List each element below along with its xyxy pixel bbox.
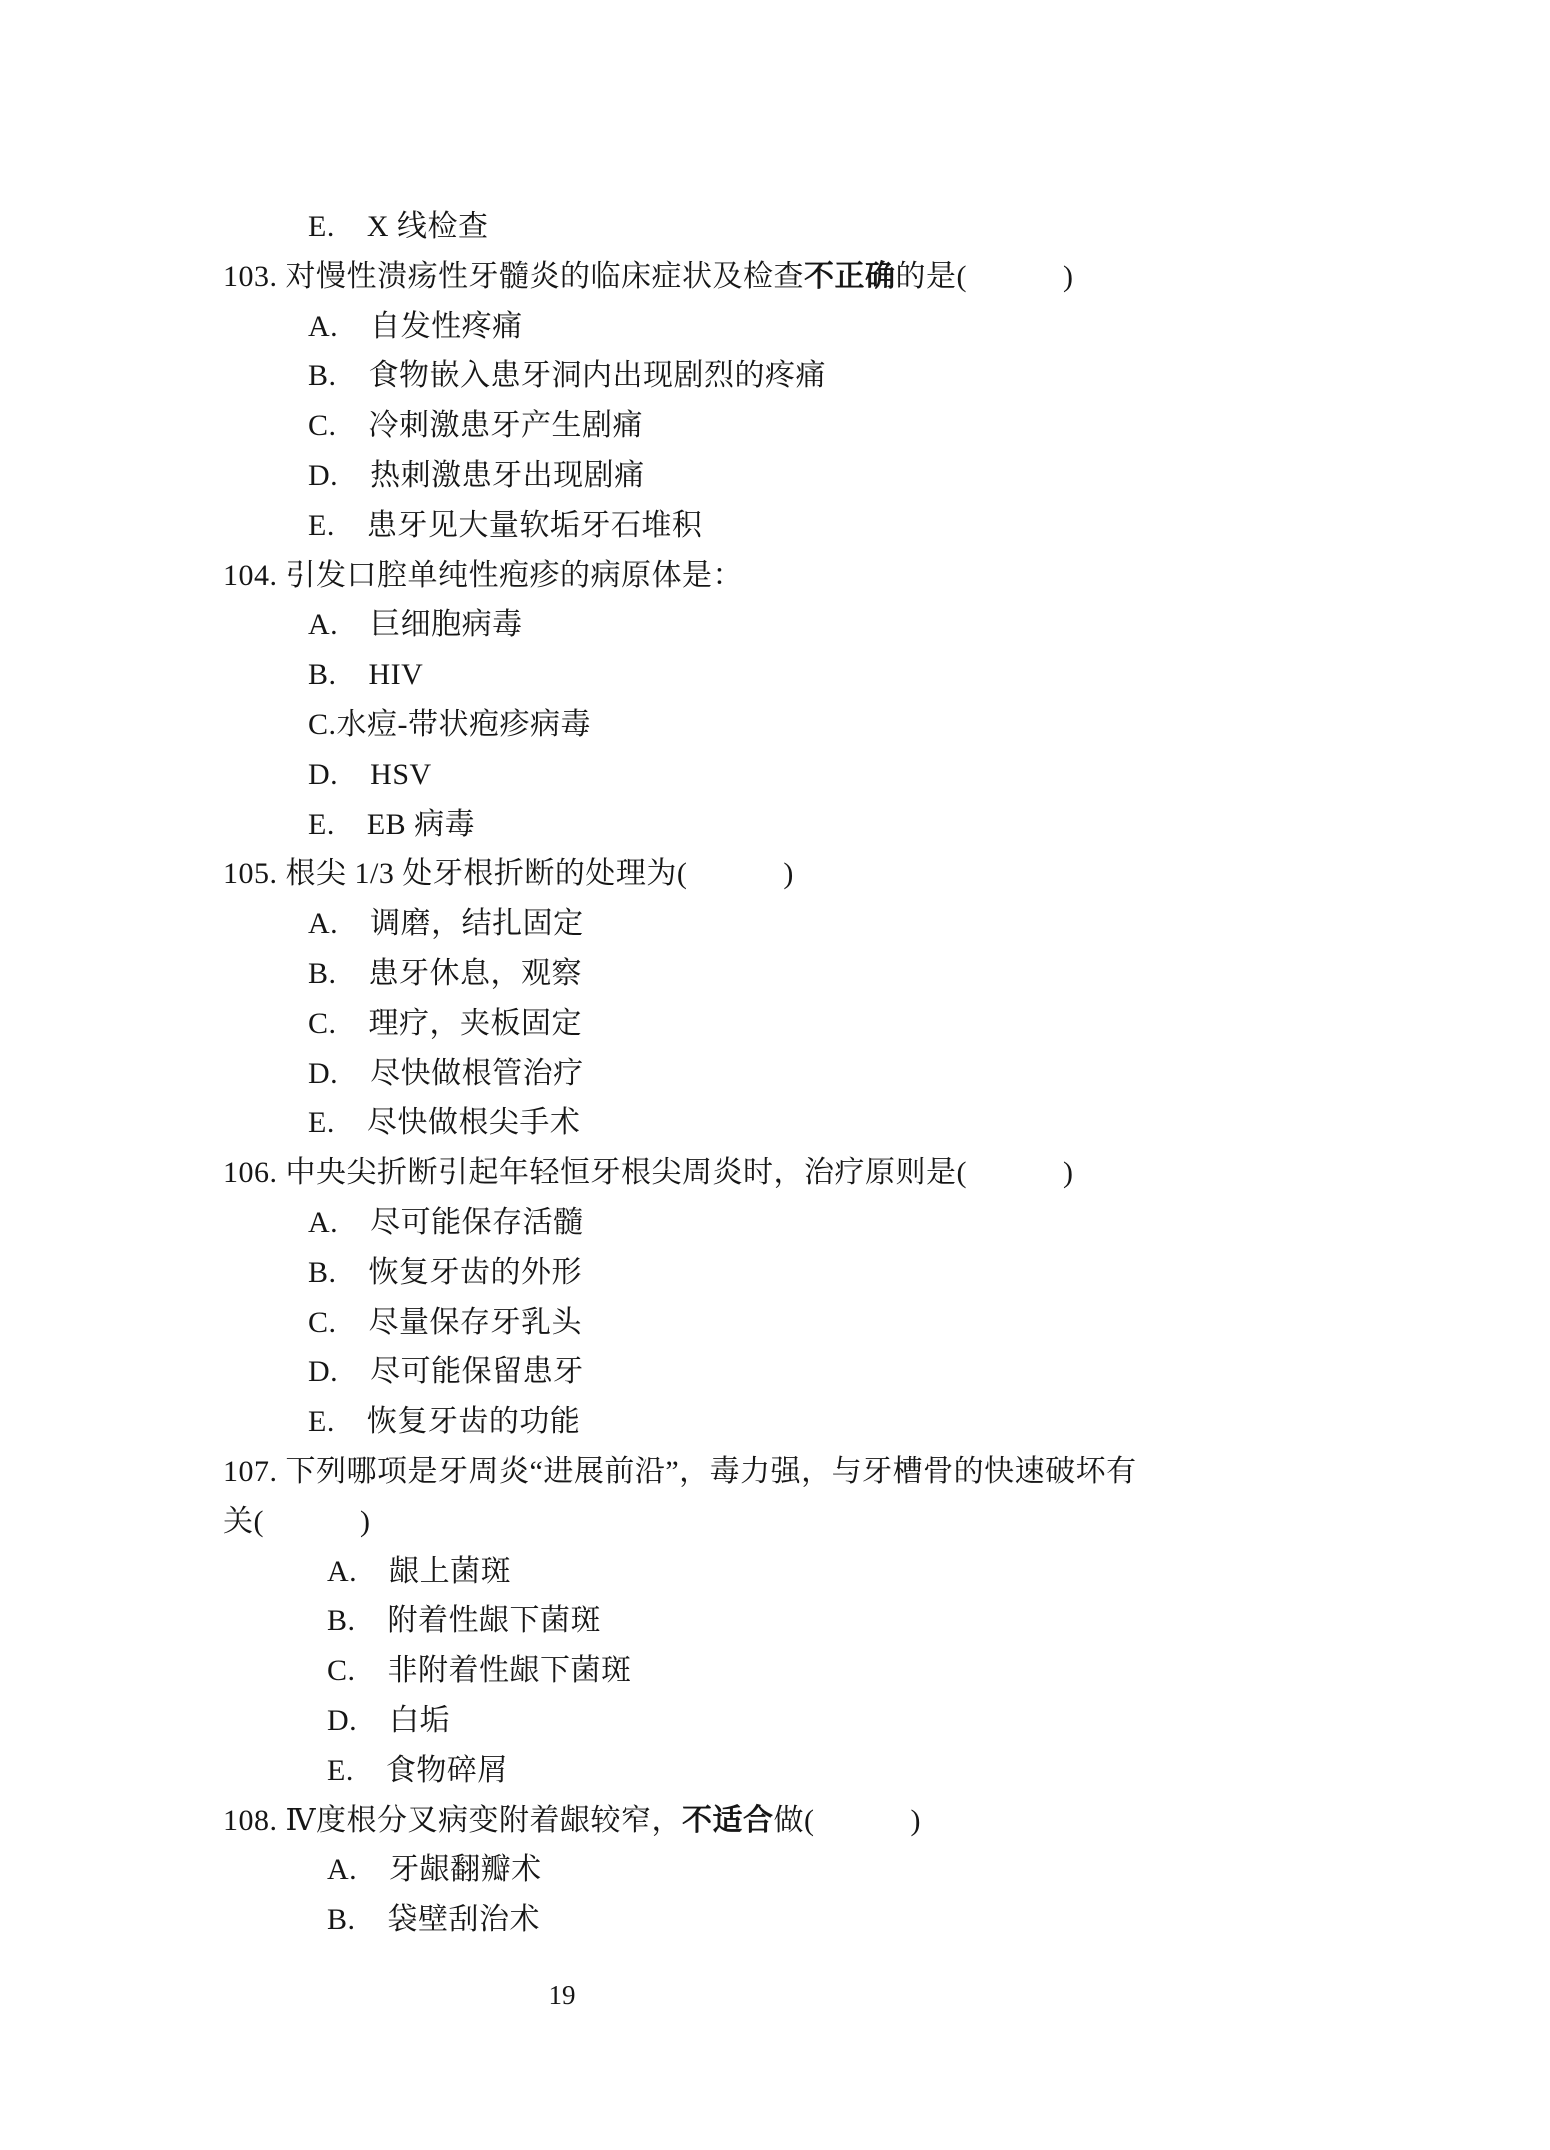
option-line: C. 非附着性龈下菌斑: [223, 1646, 1453, 1696]
text-segment: A. 尽可能保存活髓: [308, 1206, 584, 1239]
option-line: B. 附着性龈下菌斑: [223, 1596, 1453, 1646]
text-segment: E. EB 病毒: [308, 808, 475, 841]
question-list: E. X 线检查103. 对慢性溃疡性牙髓炎的临床症状及检查不正确的是( )A.…: [223, 202, 1453, 1945]
text-segment: D. 尽可能保留患牙: [308, 1355, 584, 1388]
text-segment: A. 龈上菌斑: [327, 1555, 511, 1588]
text-segment: 104. 引发口腔单纯性疱疹的病原体是：: [223, 559, 743, 592]
text-segment: 108. Ⅳ度根分叉病变附着龈较窄，: [223, 1804, 682, 1837]
text-segment: 105. 根尖 1/3 处牙根折断的处理为( ): [223, 857, 794, 890]
text-segment: D. 白垢: [327, 1704, 450, 1737]
text-segment: 关( ): [223, 1505, 370, 1538]
option-line: A. 尽可能保存活髓: [223, 1198, 1453, 1248]
option-line: B. HIV: [223, 650, 1453, 700]
text-segment: 107. 下列哪项是牙周炎“进展前沿”，毒力强，与牙槽骨的快速破坏有: [223, 1455, 1137, 1488]
text-segment: D. HSV: [308, 758, 432, 791]
text-segment: E. 恢复牙齿的功能: [308, 1405, 580, 1438]
option-line: A. 巨细胞病毒: [223, 600, 1453, 650]
option-line: D. 尽可能保留患牙: [223, 1347, 1453, 1397]
option-line: E. X 线检查: [223, 202, 1453, 252]
text-segment: A. 调磨，结扎固定: [308, 907, 584, 940]
option-line: D. 热刺激患牙出现剧痛: [223, 451, 1453, 501]
text-segment: B. HIV: [308, 658, 423, 691]
text-segment: C. 非附着性龈下菌斑: [327, 1654, 632, 1687]
option-line: C. 理疗，夹板固定: [223, 999, 1453, 1049]
option-line: E. 尽快做根尖手术: [223, 1098, 1453, 1148]
text-segment: 做( ): [773, 1804, 920, 1837]
emphasized-text: 不适合: [682, 1804, 774, 1837]
option-line: E. 食物碎屑: [223, 1746, 1453, 1796]
option-line: E. EB 病毒: [223, 800, 1453, 850]
option-line: C. 尽量保存牙乳头: [223, 1298, 1453, 1348]
option-line: C.水痘-带状疱疹病毒: [223, 700, 1453, 750]
option-line: B. 患牙休息，观察: [223, 949, 1453, 999]
option-line: B. 食物嵌入患牙洞内出现剧烈的疼痛: [223, 351, 1453, 401]
text-segment: E. 尽快做根尖手术: [308, 1106, 580, 1139]
continuation-line: 关( ): [223, 1497, 1453, 1547]
text-segment: C. 冷刺激患牙产生剧痛: [308, 409, 643, 442]
text-segment: E. X 线检查: [308, 210, 489, 243]
option-line: D. 尽快做根管治疗: [223, 1049, 1453, 1099]
option-line: C. 冷刺激患牙产生剧痛: [223, 401, 1453, 451]
option-line: A. 自发性疼痛: [223, 302, 1453, 352]
option-line: A. 龈上菌斑: [223, 1547, 1453, 1597]
text-segment: 106. 中央尖折断引起年轻恒牙根尖周炎时，治疗原则是( ): [223, 1156, 1073, 1189]
option-line: A. 牙龈翻瓣术: [223, 1845, 1453, 1895]
text-segment: E. 患牙见大量软垢牙石堆积: [308, 509, 702, 542]
text-segment: E. 食物碎屑: [327, 1754, 508, 1787]
text-segment: B. 患牙休息，观察: [308, 957, 582, 990]
option-line: E. 患牙见大量软垢牙石堆积: [223, 501, 1453, 551]
document-page: E. X 线检查103. 对慢性溃疡性牙髓炎的临床症状及检查不正确的是( )A.…: [0, 0, 1550, 2150]
text-segment: 103. 对慢性溃疡性牙髓炎的临床症状及检查: [223, 260, 804, 293]
text-segment: B. 附着性龈下菌斑: [327, 1604, 601, 1637]
emphasized-text: 不正确: [804, 260, 896, 293]
page-number: 19: [522, 1980, 602, 2011]
option-line: E. 恢复牙齿的功能: [223, 1397, 1453, 1447]
option-line: B. 恢复牙齿的外形: [223, 1248, 1453, 1298]
text-segment: 的是( ): [896, 260, 1074, 293]
text-segment: C.水痘-带状疱疹病毒: [308, 708, 591, 741]
option-line: D. 白垢: [223, 1696, 1453, 1746]
question-line: 107. 下列哪项是牙周炎“进展前沿”，毒力强，与牙槽骨的快速破坏有: [223, 1447, 1453, 1497]
text-segment: C. 尽量保存牙乳头: [308, 1306, 582, 1339]
text-segment: D. 尽快做根管治疗: [308, 1057, 584, 1090]
text-segment: B. 袋壁刮治术: [327, 1903, 540, 1936]
text-segment: A. 牙龈翻瓣术: [327, 1853, 542, 1886]
text-segment: C. 理疗，夹板固定: [308, 1007, 582, 1040]
option-line: D. HSV: [223, 750, 1453, 800]
text-segment: A. 巨细胞病毒: [308, 608, 523, 641]
text-segment: A. 自发性疼痛: [308, 310, 523, 343]
question-line: 108. Ⅳ度根分叉病变附着龈较窄，不适合做( ): [223, 1796, 1453, 1846]
question-line: 106. 中央尖折断引起年轻恒牙根尖周炎时，治疗原则是( ): [223, 1148, 1453, 1198]
text-segment: B. 恢复牙齿的外形: [308, 1256, 582, 1289]
text-segment: D. 热刺激患牙出现剧痛: [308, 459, 645, 492]
question-line: 105. 根尖 1/3 处牙根折断的处理为( ): [223, 849, 1453, 899]
option-line: B. 袋壁刮治术: [223, 1895, 1453, 1945]
option-line: A. 调磨，结扎固定: [223, 899, 1453, 949]
text-segment: B. 食物嵌入患牙洞内出现剧烈的疼痛: [308, 359, 826, 392]
question-line: 103. 对慢性溃疡性牙髓炎的临床症状及检查不正确的是( ): [223, 252, 1453, 302]
question-line: 104. 引发口腔单纯性疱疹的病原体是：: [223, 551, 1453, 601]
